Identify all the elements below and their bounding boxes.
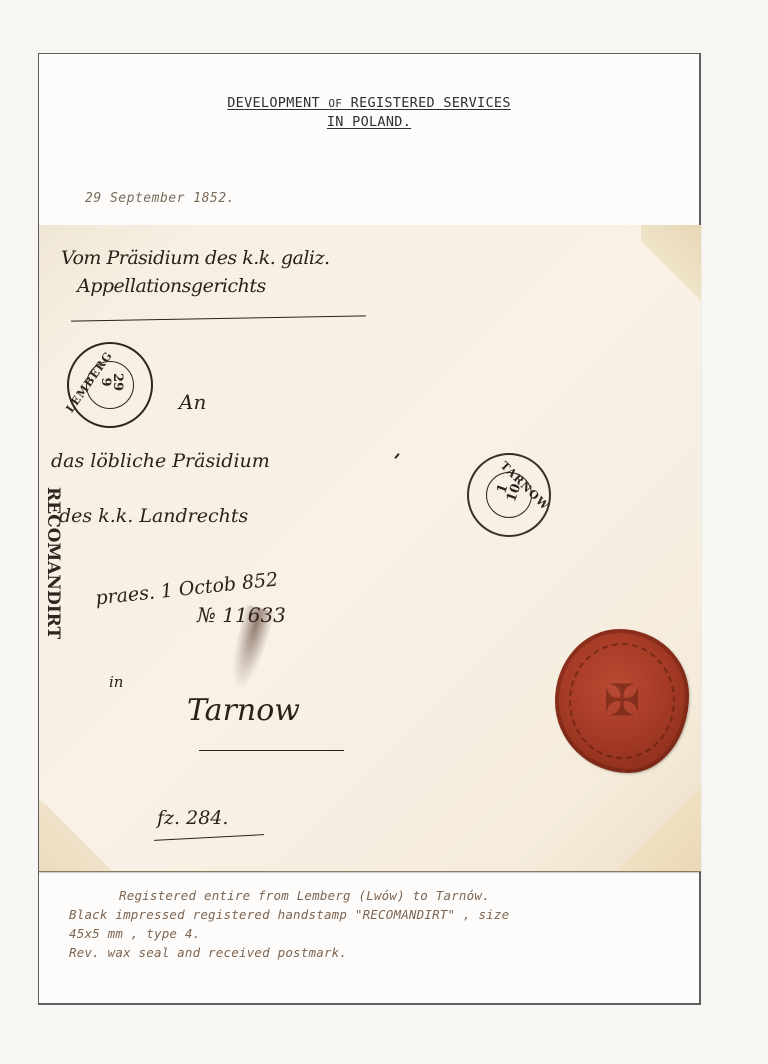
address-line-1: das löbliche Präsidium	[51, 450, 270, 472]
lemberg-postmark: LEMBERG 29 9	[67, 342, 153, 428]
sender-underline	[71, 315, 366, 321]
fz-underline	[154, 834, 264, 841]
envelope-fold-bottom-left	[39, 801, 119, 871]
address-an: An	[179, 390, 206, 414]
page-title: DEVELOPMENT OF REGISTERED SERVICES IN PO…	[39, 94, 699, 131]
fz-number: fz. 284.	[157, 807, 228, 829]
title-part-development: DEVELOPMENT	[227, 95, 328, 111]
caption-line-1: Registered entire from Lemberg (Lwów) to…	[69, 886, 679, 905]
address-in: in	[109, 673, 123, 691]
postmark-date: 29 9	[99, 370, 123, 394]
sender-line-1: Vom Präsidium des k.k. galiz.	[61, 247, 330, 269]
destination-town: Tarnow	[187, 693, 300, 728]
caption-line-2: Black impressed registered handstamp "RE…	[69, 905, 679, 924]
destination-underline	[199, 750, 344, 751]
ink-tick	[394, 453, 399, 459]
title-part-of: OF	[328, 97, 342, 110]
address-line-2: des k.k. Landrechts	[59, 505, 248, 527]
wax-seal: ✠	[555, 629, 689, 773]
eagle-emblem-icon: ✠	[604, 676, 641, 727]
envelope-fold-bottom-right	[611, 791, 701, 871]
description-caption: Registered entire from Lemberg (Lwów) to…	[69, 886, 679, 962]
title-part-registered-services: REGISTERED SERVICES	[342, 95, 511, 111]
caption-line-3: 45x5 mm , type 4.	[69, 924, 679, 943]
cover-date: 29 September 1852.	[85, 191, 235, 206]
album-page: DEVELOPMENT OF REGISTERED SERVICES IN PO…	[38, 53, 701, 1005]
envelope-cover: Vom Präsidium des k.k. galiz. Appellatio…	[39, 225, 701, 872]
tarnow-postmark: TARNOW 1 10	[467, 453, 551, 537]
title-line-2: IN POLAND.	[327, 114, 411, 130]
caption-line-4: Rev. wax seal and received postmark.	[69, 943, 679, 962]
envelope-fold-top-right	[641, 225, 701, 315]
sender-line-2: Appellationsgerichts	[77, 275, 266, 297]
